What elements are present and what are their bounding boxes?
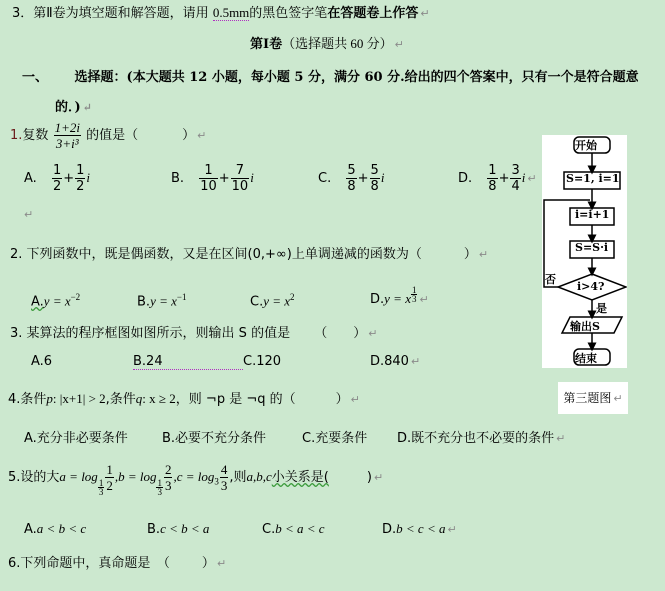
q5-option-b[interactable]: B.c < b < a xyxy=(147,521,209,537)
paragraph-mark-icon: ↵ xyxy=(419,293,428,306)
paragraph-mark-icon: ↵ xyxy=(395,38,404,51)
section-text-cont: 的．) xyxy=(55,100,81,115)
figure-caption: 第三题图↵ xyxy=(558,382,628,414)
question-6: 6.下列命题中，真命题是 （）↵ xyxy=(8,552,226,571)
section-heading-cont: 的．)↵ xyxy=(55,96,92,115)
flow-output-node: 输出S xyxy=(570,318,600,334)
question-stem: 某算法的程序框图如图所示，则输出 S 的值是 xyxy=(27,326,291,341)
question-number: 5. xyxy=(8,470,20,485)
question-number: 6. xyxy=(8,556,20,571)
note-text: 3．第Ⅱ卷为填空题和解答题，请用 xyxy=(12,6,209,21)
question-stem: 下列函数中，既是偶函数，又是在区间(0,+∞)上单调递减的函数为（ xyxy=(27,247,422,262)
question-1: 1.复数 1+2i3+i³ 的值是（）↵ xyxy=(10,120,206,151)
complex-fraction: 1+2i3+i³ xyxy=(54,120,81,151)
instruction-note-3: 3．第Ⅱ卷为填空题和解答题，请用 0.5mm的黑色签字笔在答题卷上作答↵ xyxy=(12,2,430,21)
paragraph-mark-icon: ↵ xyxy=(374,471,383,484)
section-number: 一、 xyxy=(22,70,48,85)
q1-option-d[interactable]: D. 18+34i↵ xyxy=(458,163,537,194)
q3-option-d[interactable]: D.840↵ xyxy=(370,354,420,369)
q1-option-b[interactable]: B. 110+710i xyxy=(171,163,254,194)
flow-init-node: S=1, i=1 xyxy=(566,172,620,185)
question-5: 5.设的大a = log1312,b = log1323,c = log343,… xyxy=(8,462,383,496)
question-number: 2. xyxy=(10,247,22,262)
volume-title-bold: 第Ⅰ卷 xyxy=(250,37,282,52)
question-number: 3. xyxy=(10,326,22,341)
flow-start-node: 开始 xyxy=(575,137,597,153)
note-text-bold: 在答题卷上作答 xyxy=(327,6,418,21)
paragraph-mark-icon: ↵ xyxy=(411,355,420,368)
paragraph-mark-icon: ↵ xyxy=(479,248,488,261)
question-3: 3. 某算法的程序框图如图所示，则输出 S 的值是 （ ）↵ xyxy=(10,322,377,341)
section-heading: 一、 选择题：(本大题共 12 小题，每小题 5 分，满分 60 分.给出的四个… xyxy=(22,66,639,85)
q1-option-a[interactable]: A. 12+12i xyxy=(24,163,90,194)
paragraph-mark-icon: ↵ xyxy=(368,327,377,340)
q2-option-b[interactable]: B.y = x−1 xyxy=(137,292,186,309)
volume-title-rest: （选择题共 60 分） xyxy=(282,36,393,51)
paragraph-mark-icon: ↵ xyxy=(420,7,429,20)
paragraph-mark-icon: ↵ xyxy=(217,557,226,570)
flow-yes-label: 是 xyxy=(596,300,607,316)
q3-option-b[interactable]: B.24 xyxy=(133,354,243,370)
q4-option-d[interactable]: D.既不充分也不必要的条件↵ xyxy=(397,427,565,446)
question-stem: 下列命题中，真命题是 （ xyxy=(20,556,170,571)
paragraph-mark-icon: ↵ xyxy=(556,432,565,445)
question-number: 1. xyxy=(10,128,22,143)
paragraph-mark-icon: ↵ xyxy=(24,208,33,221)
section-text: 选择题：(本大题共 12 小题，每小题 5 分，满分 60 分.给出的四个答案中… xyxy=(75,70,639,85)
paragraph-mark-icon: ↵ xyxy=(447,523,456,536)
q4-option-c[interactable]: C.充要条件 xyxy=(302,427,367,446)
paragraph-mark-icon: ↵ xyxy=(527,172,536,185)
paragraph-mark-icon: ↵ xyxy=(197,129,206,142)
flow-decision-node: i>4? xyxy=(577,280,605,293)
q5-option-c[interactable]: C.b < a < c xyxy=(262,521,325,537)
q5-option-a[interactable]: A.a < b < c xyxy=(24,521,86,537)
paragraph-mark-icon: ↵ xyxy=(351,393,360,406)
q4-option-a[interactable]: A.充分非必要条件 xyxy=(24,427,128,446)
paragraph-mark-icon: ↵ xyxy=(613,392,622,405)
q4-option-b[interactable]: B.必要不充分条件 xyxy=(162,427,266,446)
q1-option-c[interactable]: C. 58+58i xyxy=(318,163,384,194)
q2-option-c[interactable]: C.y = x2 xyxy=(250,292,295,309)
q3-option-c[interactable]: C.120 xyxy=(243,354,281,369)
flow-multiply-node: S=S·i xyxy=(575,241,608,254)
volume-title: 第Ⅰ卷（选择题共 60 分）↵ xyxy=(250,33,404,52)
note-text-mid: 的黑色签字笔 xyxy=(249,6,327,21)
question-4: 4.条件p: |x+1| > 2,条件q: x ≥ 2，则 ¬p 是 ¬q 的（… xyxy=(8,388,360,407)
pen-spec: 0.5mm xyxy=(213,5,249,21)
question-number: 4. xyxy=(8,392,20,407)
q2-option-d[interactable]: D.y = x13↵ xyxy=(370,286,429,307)
flow-end-node: 结束 xyxy=(575,350,597,366)
paragraph-mark-icon: ↵ xyxy=(83,101,92,114)
question-stem: 复数 xyxy=(22,128,48,143)
q5-option-d[interactable]: D.b < c < a↵ xyxy=(382,521,457,537)
question-2: 2. 下列函数中，既是偶函数，又是在区间(0,+∞)上单调递减的函数为（）↵ xyxy=(10,243,488,262)
question-stem-suffix: 的值是（ xyxy=(86,128,138,143)
q3-option-a[interactable]: A.6 xyxy=(31,354,52,369)
q2-option-a[interactable]: A.y = x−2 xyxy=(31,292,80,309)
flow-no-label: 否 xyxy=(545,271,556,287)
flow-increment-node: i=i+1 xyxy=(575,208,609,221)
